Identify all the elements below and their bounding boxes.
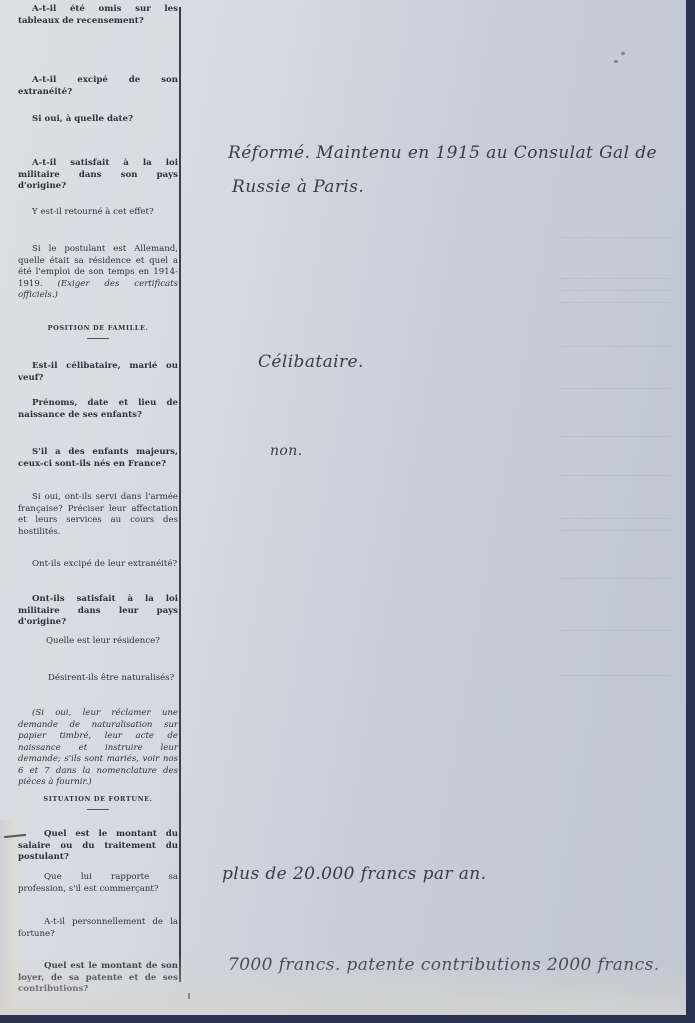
bleed-through bbox=[560, 578, 670, 580]
question-prenoms: Prénoms, date et lieu de naissance de se… bbox=[18, 398, 178, 421]
bleed-through bbox=[560, 346, 670, 348]
question-date: Si oui, à quelle date? bbox=[18, 114, 178, 126]
answer-loi-militaire-line1: Réformé. Maintenu en 1915 au Consulat Ga… bbox=[228, 143, 657, 163]
question-loi-enfants: Ont-ils satisfait à la loi militaire dan… bbox=[18, 594, 178, 629]
question-retourne: Y est-il retourné à cet effet? bbox=[18, 207, 178, 219]
bleed-through bbox=[560, 675, 670, 677]
question-naturalises: Désirent-ils être naturalisés? bbox=[18, 673, 178, 685]
question-omis: A-t-il été omis sur les tableaux de rece… bbox=[18, 4, 178, 27]
question-salaire: Quel est le montant du salaire ou du tra… bbox=[18, 829, 178, 864]
question-residence: Quelle est leur résidence? bbox=[18, 636, 178, 648]
bleed-through bbox=[560, 302, 670, 304]
question-excipe-enfants: Ont-ils excipé de leur extranéité? bbox=[18, 559, 178, 571]
column-divider bbox=[179, 7, 181, 982]
question-celibataire: Est-il célibataire, marié ou veuf? bbox=[18, 361, 178, 384]
question-excipe: A-t-il excipé de son extranéité? bbox=[18, 75, 178, 98]
ink-smudge bbox=[614, 60, 618, 63]
document-page: A-t-il été omis sur les tableaux de rece… bbox=[0, 0, 686, 1015]
note-naturalisation: (Si oui, leur réclamer une demande de na… bbox=[18, 708, 178, 789]
ink-smudge bbox=[621, 52, 625, 55]
answer-majeurs: non. bbox=[270, 443, 303, 459]
section-title-fortune: SITUATION DE FORTUNE. bbox=[18, 795, 178, 810]
bleed-through bbox=[560, 518, 670, 520]
answer-loi-militaire-line2: Russie à Paris. bbox=[232, 177, 364, 197]
bleed-through bbox=[560, 530, 670, 532]
answer-celibataire: Célibataire. bbox=[258, 352, 364, 372]
question-allemand: Si le postulant est Allemand, quelle éta… bbox=[18, 244, 178, 302]
question-profession: Que lui rapporte sa profession, s'il est… bbox=[18, 872, 178, 895]
page-bottom-shade bbox=[0, 955, 686, 1015]
question-fortune: A-t-il personnellement de la fortune? bbox=[18, 917, 178, 940]
bleed-through bbox=[560, 278, 670, 280]
bleed-through bbox=[560, 475, 670, 477]
question-loi-militaire: A-t-il satisfait à la loi militaire dans… bbox=[18, 158, 178, 193]
section-title-famille: POSITION DE FAMILLE. bbox=[18, 324, 178, 339]
question-servi: Si oui, ont-ils servi dans l'armée franç… bbox=[18, 492, 178, 538]
question-majeurs: S'il a des enfants majeurs, ceux-ci sont… bbox=[18, 447, 178, 470]
bleed-through bbox=[560, 630, 670, 632]
answer-profession: plus de 20.000 francs par an. bbox=[222, 864, 486, 884]
bleed-through bbox=[560, 290, 670, 292]
bleed-through bbox=[560, 388, 670, 390]
bleed-through bbox=[560, 436, 670, 438]
bleed-through bbox=[560, 237, 670, 239]
